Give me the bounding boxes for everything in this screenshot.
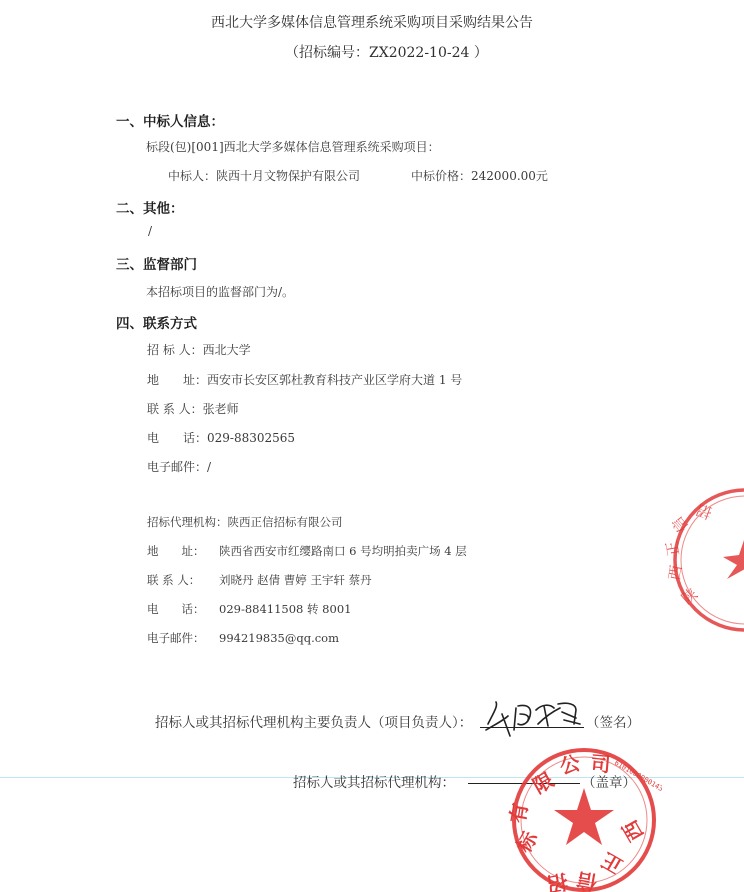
svg-text:正: 正 bbox=[597, 848, 626, 879]
agency-contact-row: 联 系 人：刘晓丹 赵倩 曹婷 王宇轩 蔡丹 bbox=[147, 572, 372, 588]
tender-number: （招标编号：ZX2022-10-24 ） bbox=[285, 42, 488, 62]
field-label: 联 系 人： bbox=[147, 400, 203, 417]
section-heading-supervision: 三、监督部门 bbox=[116, 253, 197, 273]
tenderer-email-row: 电子邮件：/ bbox=[147, 458, 211, 475]
seal-org-label: 招标人或其招标代理机构： bbox=[293, 771, 455, 791]
section-heading-winner: 一、中标人信息： bbox=[116, 110, 224, 130]
section-heading-other: 二、其他： bbox=[116, 197, 184, 217]
other-content: / bbox=[148, 224, 152, 238]
handwritten-signature-icon bbox=[480, 694, 590, 744]
price-row: 中标价格：242000.00元 bbox=[411, 167, 548, 184]
svg-text:公: 公 bbox=[557, 750, 583, 779]
field-label: 招 标 人： bbox=[147, 341, 203, 358]
field-label: 地 址： bbox=[147, 371, 207, 388]
field-value: 张老师 bbox=[203, 402, 239, 416]
field-label: 电子邮件： bbox=[147, 630, 219, 646]
section-heading-contact: 四、联系方式 bbox=[116, 312, 197, 332]
svg-text:正: 正 bbox=[665, 540, 683, 558]
signature-suffix: （签名） bbox=[586, 711, 640, 731]
field-value: / bbox=[207, 460, 211, 474]
tenderer-address-row: 地 址：西安市长安区郭杜教育科技产业区学府大道 1 号 bbox=[147, 371, 462, 388]
svg-text:招: 招 bbox=[694, 500, 714, 522]
field-label: 联 系 人： bbox=[147, 572, 219, 588]
field-value: 029-88302565 bbox=[207, 431, 295, 445]
winner-value: 陕西十月文物保护有限公司 bbox=[216, 169, 360, 183]
field-value: 029-88411508 转 8001 bbox=[219, 602, 351, 616]
svg-text:西: 西 bbox=[665, 564, 685, 582]
company-seal-partial-icon: 陕 西 正 信 招 bbox=[665, 485, 744, 635]
field-value: 陕西正信招标有限公司 bbox=[228, 515, 343, 529]
agency-email-row: 电子邮件：994219835@qq.com bbox=[147, 630, 339, 646]
svg-text:信: 信 bbox=[575, 868, 599, 892]
winner-row: 中标人：陕西十月文物保护有限公司 bbox=[168, 167, 360, 184]
field-value: 刘晓丹 赵倩 曹婷 王宇轩 蔡丹 bbox=[219, 573, 372, 587]
lot-line: 标段(包)[001]西北大学多媒体信息管理系统采购项目： bbox=[146, 138, 440, 155]
winner-label: 中标人： bbox=[168, 169, 216, 183]
agency-name-row: 招标代理机构：陕西正信招标有限公司 bbox=[147, 514, 343, 530]
field-value: 西安市长安区郭杜教育科技产业区学府大道 1 号 bbox=[207, 373, 462, 387]
field-label: 电 话： bbox=[147, 601, 219, 617]
agency-phone-row: 电 话：029-88411508 转 8001 bbox=[147, 601, 351, 617]
field-label: 地 址： bbox=[147, 543, 219, 559]
svg-text:有: 有 bbox=[506, 801, 532, 825]
field-value: 西北大学 bbox=[203, 343, 251, 357]
signature-person-label: 招标人或其招标代理机构主要负责人（项目负责人）： bbox=[155, 711, 472, 731]
supervision-content: 本招标项目的监督部门为/。 bbox=[146, 283, 294, 300]
price-value: 242000.00元 bbox=[471, 169, 548, 183]
price-label: 中标价格： bbox=[411, 169, 471, 183]
company-seal-icon: 标 有 限 公 司 招 信 正 西 6101000000143 bbox=[506, 742, 662, 892]
document-title: 西北大学多媒体信息管理系统采购项目采购结果公告 bbox=[211, 12, 533, 32]
svg-text:招: 招 bbox=[545, 869, 569, 892]
svg-text:6101000000143: 6101000000143 bbox=[613, 759, 662, 793]
tenderer-name-row: 招 标 人：西北大学 bbox=[147, 341, 251, 358]
field-label: 招标代理机构： bbox=[147, 515, 228, 529]
tenderer-contact-row: 联 系 人：张老师 bbox=[147, 400, 239, 417]
field-label: 电子邮件： bbox=[147, 458, 207, 475]
tenderer-phone-row: 电 话：029-88302565 bbox=[147, 429, 295, 446]
field-label: 电 话： bbox=[147, 429, 207, 446]
field-value: 994219835@qq.com bbox=[219, 631, 339, 645]
svg-text:司: 司 bbox=[590, 751, 612, 777]
field-value: 陕西省西安市红缨路南口 6 号均明拍卖广场 4 层 bbox=[219, 544, 467, 558]
agency-address-row: 地 址：陕西省西安市红缨路南口 6 号均明拍卖广场 4 层 bbox=[147, 543, 467, 559]
